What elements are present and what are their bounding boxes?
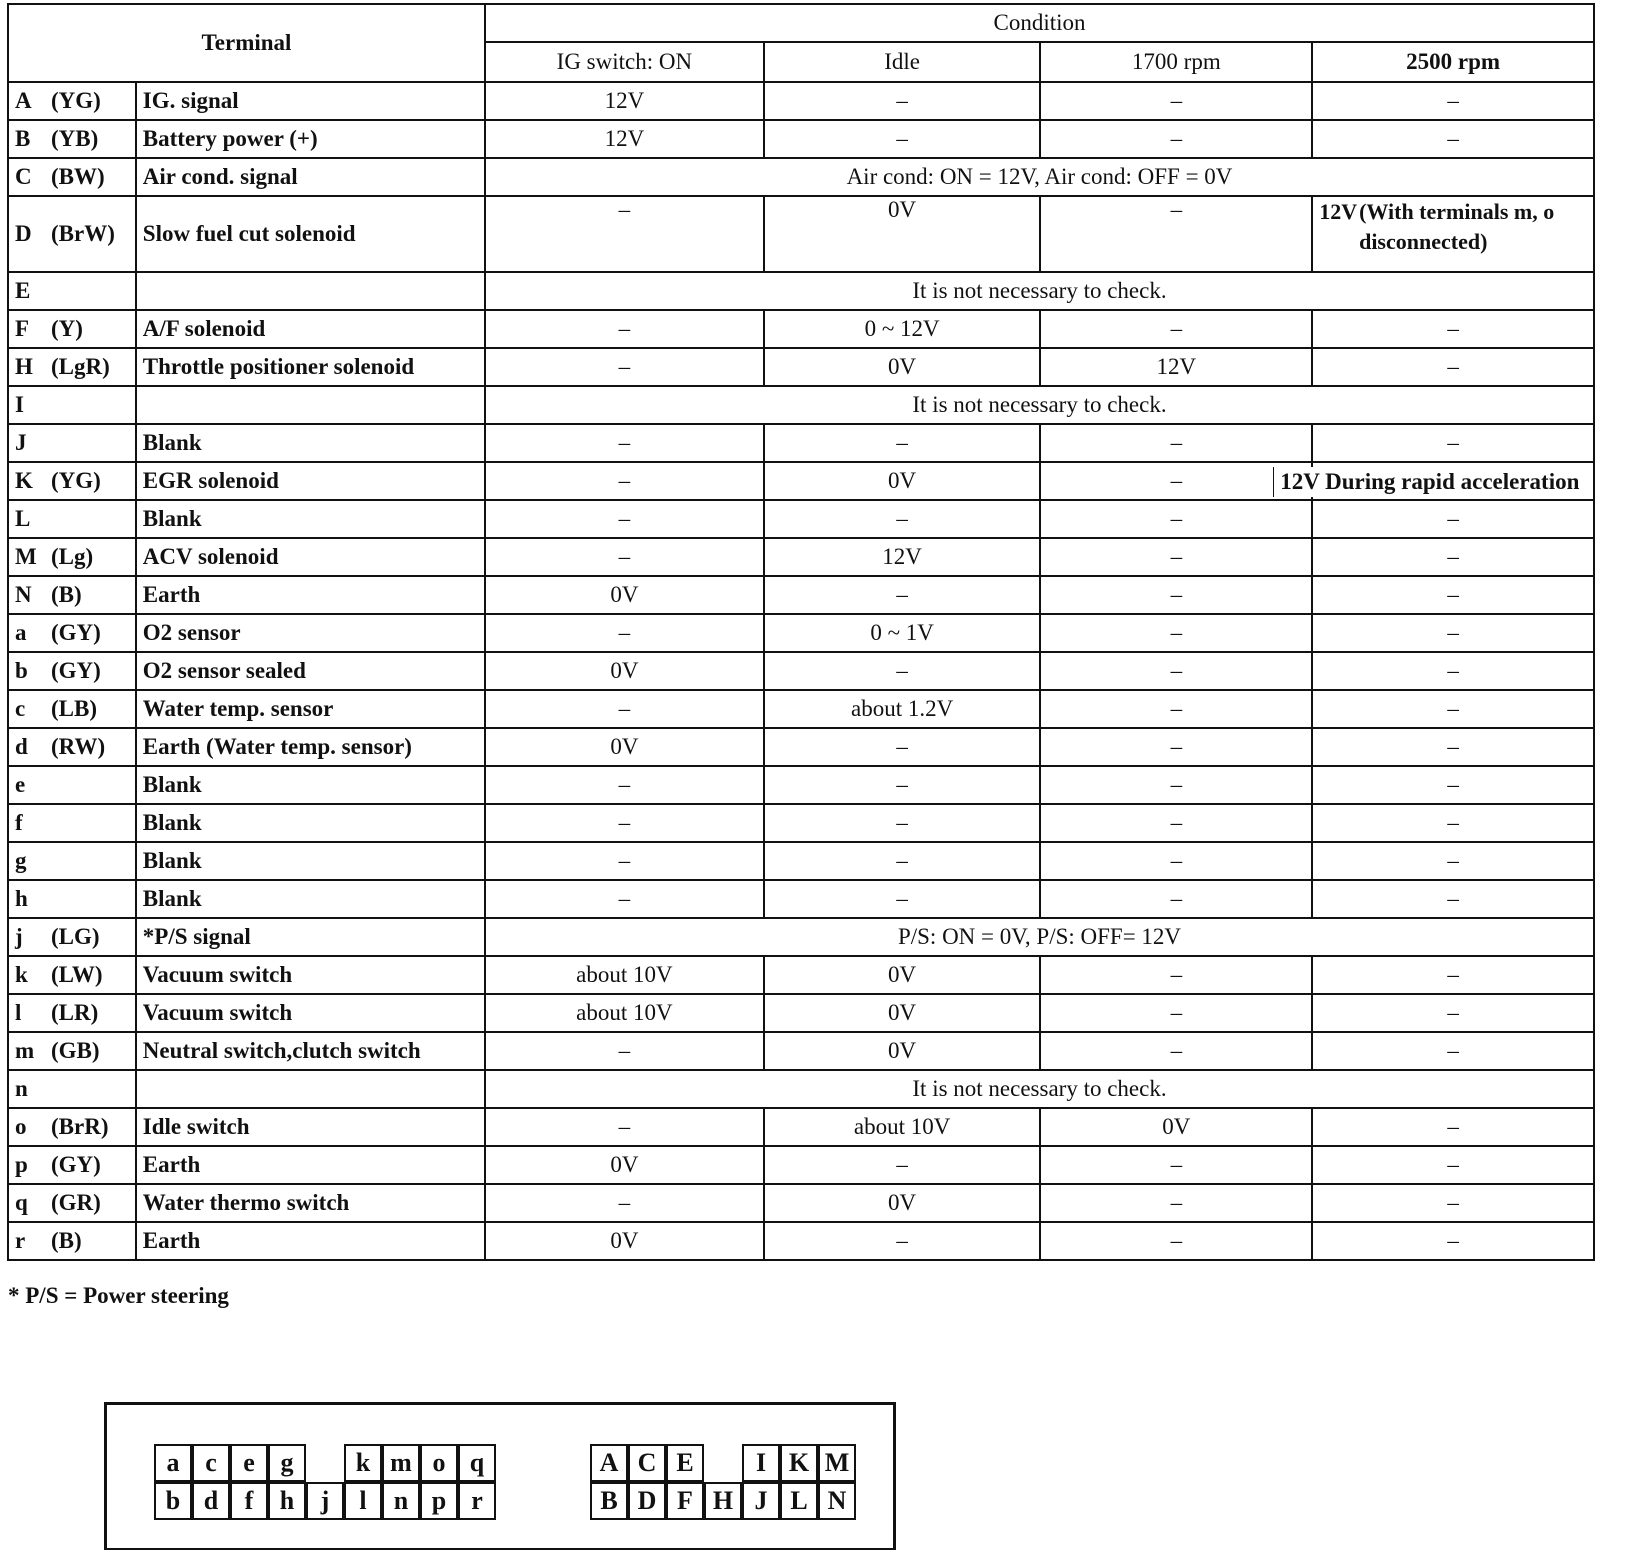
terminal-pin: N <box>15 582 51 608</box>
value-idle: 0V <box>764 462 1041 500</box>
value-1700rpm: – <box>1040 880 1312 918</box>
value-idle: 12V <box>764 538 1041 576</box>
value-2500rpm: – <box>1312 1146 1594 1184</box>
connector-pin: N <box>818 1482 856 1520</box>
value-2500rpm: – <box>1312 538 1594 576</box>
value-text: 12V During rapid acceleration <box>1273 467 1581 497</box>
value-idle: 0V <box>764 1184 1041 1222</box>
connector-pin: D <box>628 1482 666 1520</box>
value-1700rpm: – <box>1040 766 1312 804</box>
value-idle: – <box>764 424 1041 462</box>
terminal-pin: e <box>15 772 51 798</box>
connector-pin: F <box>666 1482 704 1520</box>
terminal-code: m(GB) <box>8 1032 136 1070</box>
terminal-code: e <box>8 766 136 804</box>
table-row: D(BrW)Slow fuel cut solenoid–0V–12V(With… <box>8 196 1594 272</box>
terminal-code: E <box>8 272 136 310</box>
terminal-code: a(GY) <box>8 614 136 652</box>
table-row: JBlank–––– <box>8 424 1594 462</box>
connector-diagram: acegkmoqbdfhjlnpr ACEIKMBDFHJLN <box>104 1402 896 1550</box>
terminal-description: *P/S signal <box>136 918 485 956</box>
table-row: nIt is not necessary to check. <box>8 1070 1594 1108</box>
terminal-code: d(RW) <box>8 728 136 766</box>
terminal-description: ACV solenoid <box>136 538 485 576</box>
value-note: (With terminals m, o disconnected) <box>1359 197 1584 257</box>
table-row: m(GB)Neutral switch,clutch switch–0V–– <box>8 1032 1594 1070</box>
condition-2500-header: 2500 rpm <box>1312 42 1594 82</box>
connector-pin: k <box>344 1444 382 1482</box>
table-row: N(B)Earth0V––– <box>8 576 1594 614</box>
condition-span-value: Air cond: ON = 12V, Air cond: OFF = 0V <box>485 158 1594 196</box>
terminal-pin: b <box>15 658 51 684</box>
table-row: c(LB)Water temp. sensor–about 1.2V–– <box>8 690 1594 728</box>
value-2500rpm: – <box>1312 424 1594 462</box>
wire-color: (LG) <box>51 924 100 949</box>
table-row: l(LR)Vacuum switchabout 10V0V–– <box>8 994 1594 1032</box>
terminal-code: C(BW) <box>8 158 136 196</box>
value-ig-on: – <box>485 842 764 880</box>
value-idle: 0 ~ 1V <box>764 614 1041 652</box>
value-idle: – <box>764 804 1041 842</box>
terminal-code: f <box>8 804 136 842</box>
value-ig-on: 12V <box>485 82 764 120</box>
value-1700rpm: – <box>1040 500 1312 538</box>
value-1700rpm: – <box>1040 120 1312 158</box>
terminal-code: F(Y) <box>8 310 136 348</box>
wire-color: (LW) <box>51 962 103 987</box>
terminal-pin: A <box>15 88 51 114</box>
terminal-pin: D <box>15 221 51 247</box>
value-2500rpm: 12V(With terminals m, o disconnected) <box>1312 196 1594 272</box>
terminal-code: r(B) <box>8 1222 136 1260</box>
value-idle: – <box>764 82 1041 120</box>
wire-color: (YB) <box>51 126 98 151</box>
table-row: C(BW)Air cond. signalAir cond: ON = 12V,… <box>8 158 1594 196</box>
terminal-pin: k <box>15 962 51 988</box>
connector-pin: n <box>382 1482 420 1520</box>
wire-color: (GY) <box>51 1152 101 1177</box>
table-row: b(GY)O2 sensor sealed0V––– <box>8 652 1594 690</box>
value-1700rpm: – <box>1040 576 1312 614</box>
terminal-code: L <box>8 500 136 538</box>
terminal-pin: h <box>15 886 51 912</box>
connector-right: ACEIKMBDFHJLN <box>591 1445 857 1521</box>
value-1700rpm: – <box>1040 652 1312 690</box>
table-row: M(Lg)ACV solenoid–12V–– <box>8 538 1594 576</box>
value-ig-on: – <box>485 462 764 500</box>
connector-gap <box>306 1444 344 1482</box>
terminal-description: O2 sensor sealed <box>136 652 485 690</box>
table-row: H(LgR)Throttle positioner solenoid–0V12V… <box>8 348 1594 386</box>
value-2500rpm: – <box>1312 348 1594 386</box>
wire-color: (YG) <box>51 88 101 113</box>
terminal-code: h <box>8 880 136 918</box>
terminal-code: l(LR) <box>8 994 136 1032</box>
table-row: F(Y)A/F solenoid–0 ~ 12V–– <box>8 310 1594 348</box>
wire-color: (YG) <box>51 468 101 493</box>
terminal-pin: q <box>15 1190 51 1216</box>
terminal-pin: f <box>15 810 51 836</box>
value-idle: – <box>764 576 1041 614</box>
value-ig-on: – <box>485 310 764 348</box>
value-ig-on: – <box>485 500 764 538</box>
terminal-code: B(YB) <box>8 120 136 158</box>
value-1700rpm: – <box>1040 614 1312 652</box>
terminal-code: J <box>8 424 136 462</box>
connector-pin: m <box>382 1444 420 1482</box>
value-2500rpm: – <box>1312 1184 1594 1222</box>
terminal-code: o(BrR) <box>8 1108 136 1146</box>
terminal-pin: M <box>15 544 51 570</box>
value-idle: – <box>764 120 1041 158</box>
value-1700rpm: 0V <box>1040 1108 1312 1146</box>
wire-color: (Y) <box>51 316 83 341</box>
wire-color: (GR) <box>51 1190 101 1215</box>
terminal-description: Blank <box>136 424 485 462</box>
value-ig-on: – <box>485 880 764 918</box>
value-idle: 0V <box>764 1032 1041 1070</box>
terminal-description: Earth <box>136 1146 485 1184</box>
value-2500rpm: – <box>1312 690 1594 728</box>
table-row: k(LW)Vacuum switchabout 10V0V–– <box>8 956 1594 994</box>
connector-pin: C <box>628 1444 666 1482</box>
terminal-pin: j <box>15 924 51 950</box>
value-2500rpm: – <box>1312 310 1594 348</box>
value-1700rpm: – <box>1040 82 1312 120</box>
condition-span-value: It is not necessary to check. <box>485 272 1594 310</box>
terminal-code: b(GY) <box>8 652 136 690</box>
value-1700rpm: – <box>1040 1032 1312 1070</box>
terminal-pin: c <box>15 696 51 722</box>
terminal-description: Earth <box>136 576 485 614</box>
value-2500rpm: – <box>1312 614 1594 652</box>
terminal-pin: r <box>15 1228 51 1254</box>
connector-pin: j <box>306 1482 344 1520</box>
value-ig-on: about 10V <box>485 956 764 994</box>
value-2500rpm: – <box>1312 728 1594 766</box>
connector-pin: e <box>230 1444 268 1482</box>
value-idle: – <box>764 728 1041 766</box>
wire-color: (B) <box>51 1228 82 1253</box>
connector-pin: a <box>154 1444 192 1482</box>
value-idle: 0 ~ 12V <box>764 310 1041 348</box>
wire-color: (BrW) <box>51 221 115 246</box>
wire-color: (BrR) <box>51 1114 108 1139</box>
table-row: r(B)Earth0V––– <box>8 1222 1594 1260</box>
value-ig-on: – <box>485 196 764 272</box>
table-row: fBlank–––– <box>8 804 1594 842</box>
value-idle: 0V <box>764 994 1041 1032</box>
terminal-description: Neutral switch,clutch switch <box>136 1032 485 1070</box>
value-ig-on: – <box>485 766 764 804</box>
table-row: d(RW)Earth (Water temp. sensor)0V––– <box>8 728 1594 766</box>
value-ig-on: – <box>485 1108 764 1146</box>
table-row: gBlank–––– <box>8 842 1594 880</box>
terminal-pin: n <box>15 1076 51 1102</box>
value-2500rpm: – <box>1312 120 1594 158</box>
terminal-voltage-table: Terminal Condition IG switch: ON Idle 17… <box>7 3 1595 1261</box>
value-ig-on: 0V <box>485 576 764 614</box>
table-row: eBlank–––– <box>8 766 1594 804</box>
table-row: q(GR)Water thermo switch–0V–– <box>8 1184 1594 1222</box>
value-ig-on: – <box>485 1184 764 1222</box>
value-idle: – <box>764 842 1041 880</box>
terminal-description <box>136 272 485 310</box>
value-2500rpm: 12V During rapid acceleration <box>1312 462 1594 500</box>
terminal-code: N(B) <box>8 576 136 614</box>
terminal-code: M(Lg) <box>8 538 136 576</box>
connector-pin: B <box>590 1482 628 1520</box>
value-2500rpm: – <box>1312 500 1594 538</box>
value-idle: – <box>764 1146 1041 1184</box>
terminal-description: Idle switch <box>136 1108 485 1146</box>
terminal-pin: o <box>15 1114 51 1140</box>
connector-pin: I <box>742 1444 780 1482</box>
value-ig-on: – <box>485 348 764 386</box>
value-1700rpm: – <box>1040 956 1312 994</box>
wire-color: (B) <box>51 582 82 607</box>
terminal-description <box>136 1070 485 1108</box>
value-idle: – <box>764 1222 1041 1260</box>
value-2500rpm: – <box>1312 956 1594 994</box>
terminal-description <box>136 386 485 424</box>
terminal-pin: m <box>15 1038 51 1064</box>
connector-pin: M <box>818 1444 856 1482</box>
wire-color: (BW) <box>51 164 105 189</box>
terminal-code: n <box>8 1070 136 1108</box>
wire-color: (LB) <box>51 696 97 721</box>
terminal-pin: E <box>15 278 51 304</box>
terminal-description: O2 sensor <box>136 614 485 652</box>
terminal-code: c(LB) <box>8 690 136 728</box>
wire-color: (GY) <box>51 620 101 645</box>
value-ig-on: 0V <box>485 652 764 690</box>
value-ig-on: 0V <box>485 1222 764 1260</box>
value-1700rpm: – <box>1040 310 1312 348</box>
connector-pin: p <box>420 1482 458 1520</box>
table-row: p(GY)Earth0V––– <box>8 1146 1594 1184</box>
connector-pin: c <box>192 1444 230 1482</box>
wire-color: (Lg) <box>51 544 93 569</box>
terminal-code: I <box>8 386 136 424</box>
terminal-header: Terminal <box>8 4 485 82</box>
terminal-pin: L <box>15 506 51 532</box>
value-ig-on: 12V <box>485 120 764 158</box>
condition-header: Condition <box>485 4 1594 42</box>
value-ig-on: – <box>485 690 764 728</box>
terminal-code: H(LgR) <box>8 348 136 386</box>
terminal-pin: F <box>15 316 51 342</box>
value-2500rpm: – <box>1312 82 1594 120</box>
table-row: A(YG)IG. signal12V––– <box>8 82 1594 120</box>
value-1700rpm: – <box>1040 538 1312 576</box>
connector-pin: H <box>704 1482 742 1520</box>
table-row: EIt is not necessary to check. <box>8 272 1594 310</box>
wire-color: (GB) <box>51 1038 100 1063</box>
value-1700rpm: – <box>1040 1222 1312 1260</box>
connector-pin: J <box>742 1482 780 1520</box>
terminal-pin: p <box>15 1152 51 1178</box>
terminal-description: Blank <box>136 880 485 918</box>
value-2500rpm: – <box>1312 994 1594 1032</box>
wire-color: (LgR) <box>51 354 110 379</box>
terminal-description: Vacuum switch <box>136 994 485 1032</box>
wire-color: (LR) <box>51 1000 98 1025</box>
value-1700rpm: – <box>1040 994 1312 1032</box>
condition-idle-header: Idle <box>764 42 1041 82</box>
terminal-code: g <box>8 842 136 880</box>
connector-pin: f <box>230 1482 268 1520</box>
value-1700rpm: – <box>1040 1146 1312 1184</box>
value-2500rpm: – <box>1312 804 1594 842</box>
terminal-code: D(BrW) <box>8 196 136 272</box>
table-row: K(YG)EGR solenoid–0V–12V During rapid ac… <box>8 462 1594 500</box>
terminal-code: k(LW) <box>8 956 136 994</box>
value-1700rpm: – <box>1040 690 1312 728</box>
value-1700rpm: – <box>1040 462 1312 500</box>
value-idle: – <box>764 500 1041 538</box>
terminal-pin: K <box>15 468 51 494</box>
value-ig-on: – <box>485 614 764 652</box>
terminal-pin: I <box>15 392 51 418</box>
table-row: IIt is not necessary to check. <box>8 386 1594 424</box>
value-2500rpm: – <box>1312 576 1594 614</box>
terminal-description: Blank <box>136 804 485 842</box>
terminal-pin: l <box>15 1000 51 1026</box>
value-ig-on: – <box>485 424 764 462</box>
terminal-code: K(YG) <box>8 462 136 500</box>
value-ig-on: – <box>485 1032 764 1070</box>
value-2500rpm: – <box>1312 652 1594 690</box>
terminal-description: Water temp. sensor <box>136 690 485 728</box>
table-row: o(BrR)Idle switch–about 10V0V– <box>8 1108 1594 1146</box>
condition-1700-header: 1700 rpm <box>1040 42 1312 82</box>
terminal-pin: J <box>15 430 51 456</box>
value-1700rpm: – <box>1040 804 1312 842</box>
connector-pin: g <box>268 1444 306 1482</box>
terminal-description: Slow fuel cut solenoid <box>136 196 485 272</box>
value-ig-on: – <box>485 538 764 576</box>
value-1700rpm: – <box>1040 842 1312 880</box>
connector-pin: d <box>192 1482 230 1520</box>
terminal-code: j(LG) <box>8 918 136 956</box>
value-2500rpm: – <box>1312 880 1594 918</box>
terminal-description: Vacuum switch <box>136 956 485 994</box>
connector-pin: E <box>666 1444 704 1482</box>
terminal-code: p(GY) <box>8 1146 136 1184</box>
terminal-pin: a <box>15 620 51 646</box>
connector-pin: o <box>420 1444 458 1482</box>
value-2500rpm: – <box>1312 1222 1594 1260</box>
value-idle: – <box>764 652 1041 690</box>
wire-color: (GY) <box>51 658 101 683</box>
condition-ig-on-header: IG switch: ON <box>485 42 764 82</box>
terminal-description: IG. signal <box>136 82 485 120</box>
value-1700rpm: – <box>1040 424 1312 462</box>
table-row: a(GY)O2 sensor–0 ~ 1V–– <box>8 614 1594 652</box>
terminal-description: Water thermo switch <box>136 1184 485 1222</box>
terminal-pin: d <box>15 734 51 760</box>
value-ig-on: about 10V <box>485 994 764 1032</box>
table-row: hBlank–––– <box>8 880 1594 918</box>
value-idle: – <box>764 766 1041 804</box>
terminal-description: Battery power (+) <box>136 120 485 158</box>
value-1700rpm: 12V <box>1040 348 1312 386</box>
terminal-pin: B <box>15 126 51 152</box>
terminal-description: Earth (Water temp. sensor) <box>136 728 485 766</box>
connector-pin: h <box>268 1482 306 1520</box>
value-text: 12V <box>1319 199 1357 224</box>
wire-color: (RW) <box>51 734 105 759</box>
condition-span-value: P/S: ON = 0V, P/S: OFF= 12V <box>485 918 1594 956</box>
terminal-description: Blank <box>136 766 485 804</box>
connector-gap <box>704 1444 742 1482</box>
value-idle: 0V <box>764 196 1041 272</box>
value-2500rpm: – <box>1312 1108 1594 1146</box>
value-1700rpm: – <box>1040 728 1312 766</box>
condition-span-value: It is not necessary to check. <box>485 1070 1594 1108</box>
terminal-description: Blank <box>136 500 485 538</box>
terminal-description: EGR solenoid <box>136 462 485 500</box>
value-idle: about 10V <box>764 1108 1041 1146</box>
value-idle: about 1.2V <box>764 690 1041 728</box>
value-1700rpm: – <box>1040 196 1312 272</box>
value-idle: 0V <box>764 348 1041 386</box>
terminal-code: A(YG) <box>8 82 136 120</box>
value-idle: – <box>764 880 1041 918</box>
table-row: LBlank–––– <box>8 500 1594 538</box>
value-2500rpm: – <box>1312 766 1594 804</box>
value-2500rpm: – <box>1312 842 1594 880</box>
connector-pin: q <box>458 1444 496 1482</box>
terminal-pin: H <box>15 354 51 380</box>
value-ig-on: 0V <box>485 728 764 766</box>
table-row: B(YB)Battery power (+)12V––– <box>8 120 1594 158</box>
terminal-description: Air cond. signal <box>136 158 485 196</box>
connector-pin: r <box>458 1482 496 1520</box>
terminal-pin: C <box>15 164 51 190</box>
table-body: A(YG)IG. signal12V–––B(YB)Battery power … <box>8 82 1594 1260</box>
connector-pin: l <box>344 1482 382 1520</box>
value-ig-on: – <box>485 804 764 842</box>
connector-pin: b <box>154 1482 192 1520</box>
footnote: * P/S = Power steering <box>8 1283 229 1309</box>
value-idle: 0V <box>764 956 1041 994</box>
table-row: j(LG)*P/S signalP/S: ON = 0V, P/S: OFF= … <box>8 918 1594 956</box>
terminal-pin: g <box>15 848 51 874</box>
connector-left: acegkmoqbdfhjlnpr <box>155 1445 497 1521</box>
terminal-description: Earth <box>136 1222 485 1260</box>
terminal-description: A/F solenoid <box>136 310 485 348</box>
connector-pin: K <box>780 1444 818 1482</box>
connector-pin: L <box>780 1482 818 1520</box>
value-1700rpm: – <box>1040 1184 1312 1222</box>
terminal-code: q(GR) <box>8 1184 136 1222</box>
condition-span-value: It is not necessary to check. <box>485 386 1594 424</box>
value-2500rpm: – <box>1312 1032 1594 1070</box>
value-ig-on: 0V <box>485 1146 764 1184</box>
terminal-description: Blank <box>136 842 485 880</box>
connector-pin: A <box>590 1444 628 1482</box>
terminal-description: Throttle positioner solenoid <box>136 348 485 386</box>
